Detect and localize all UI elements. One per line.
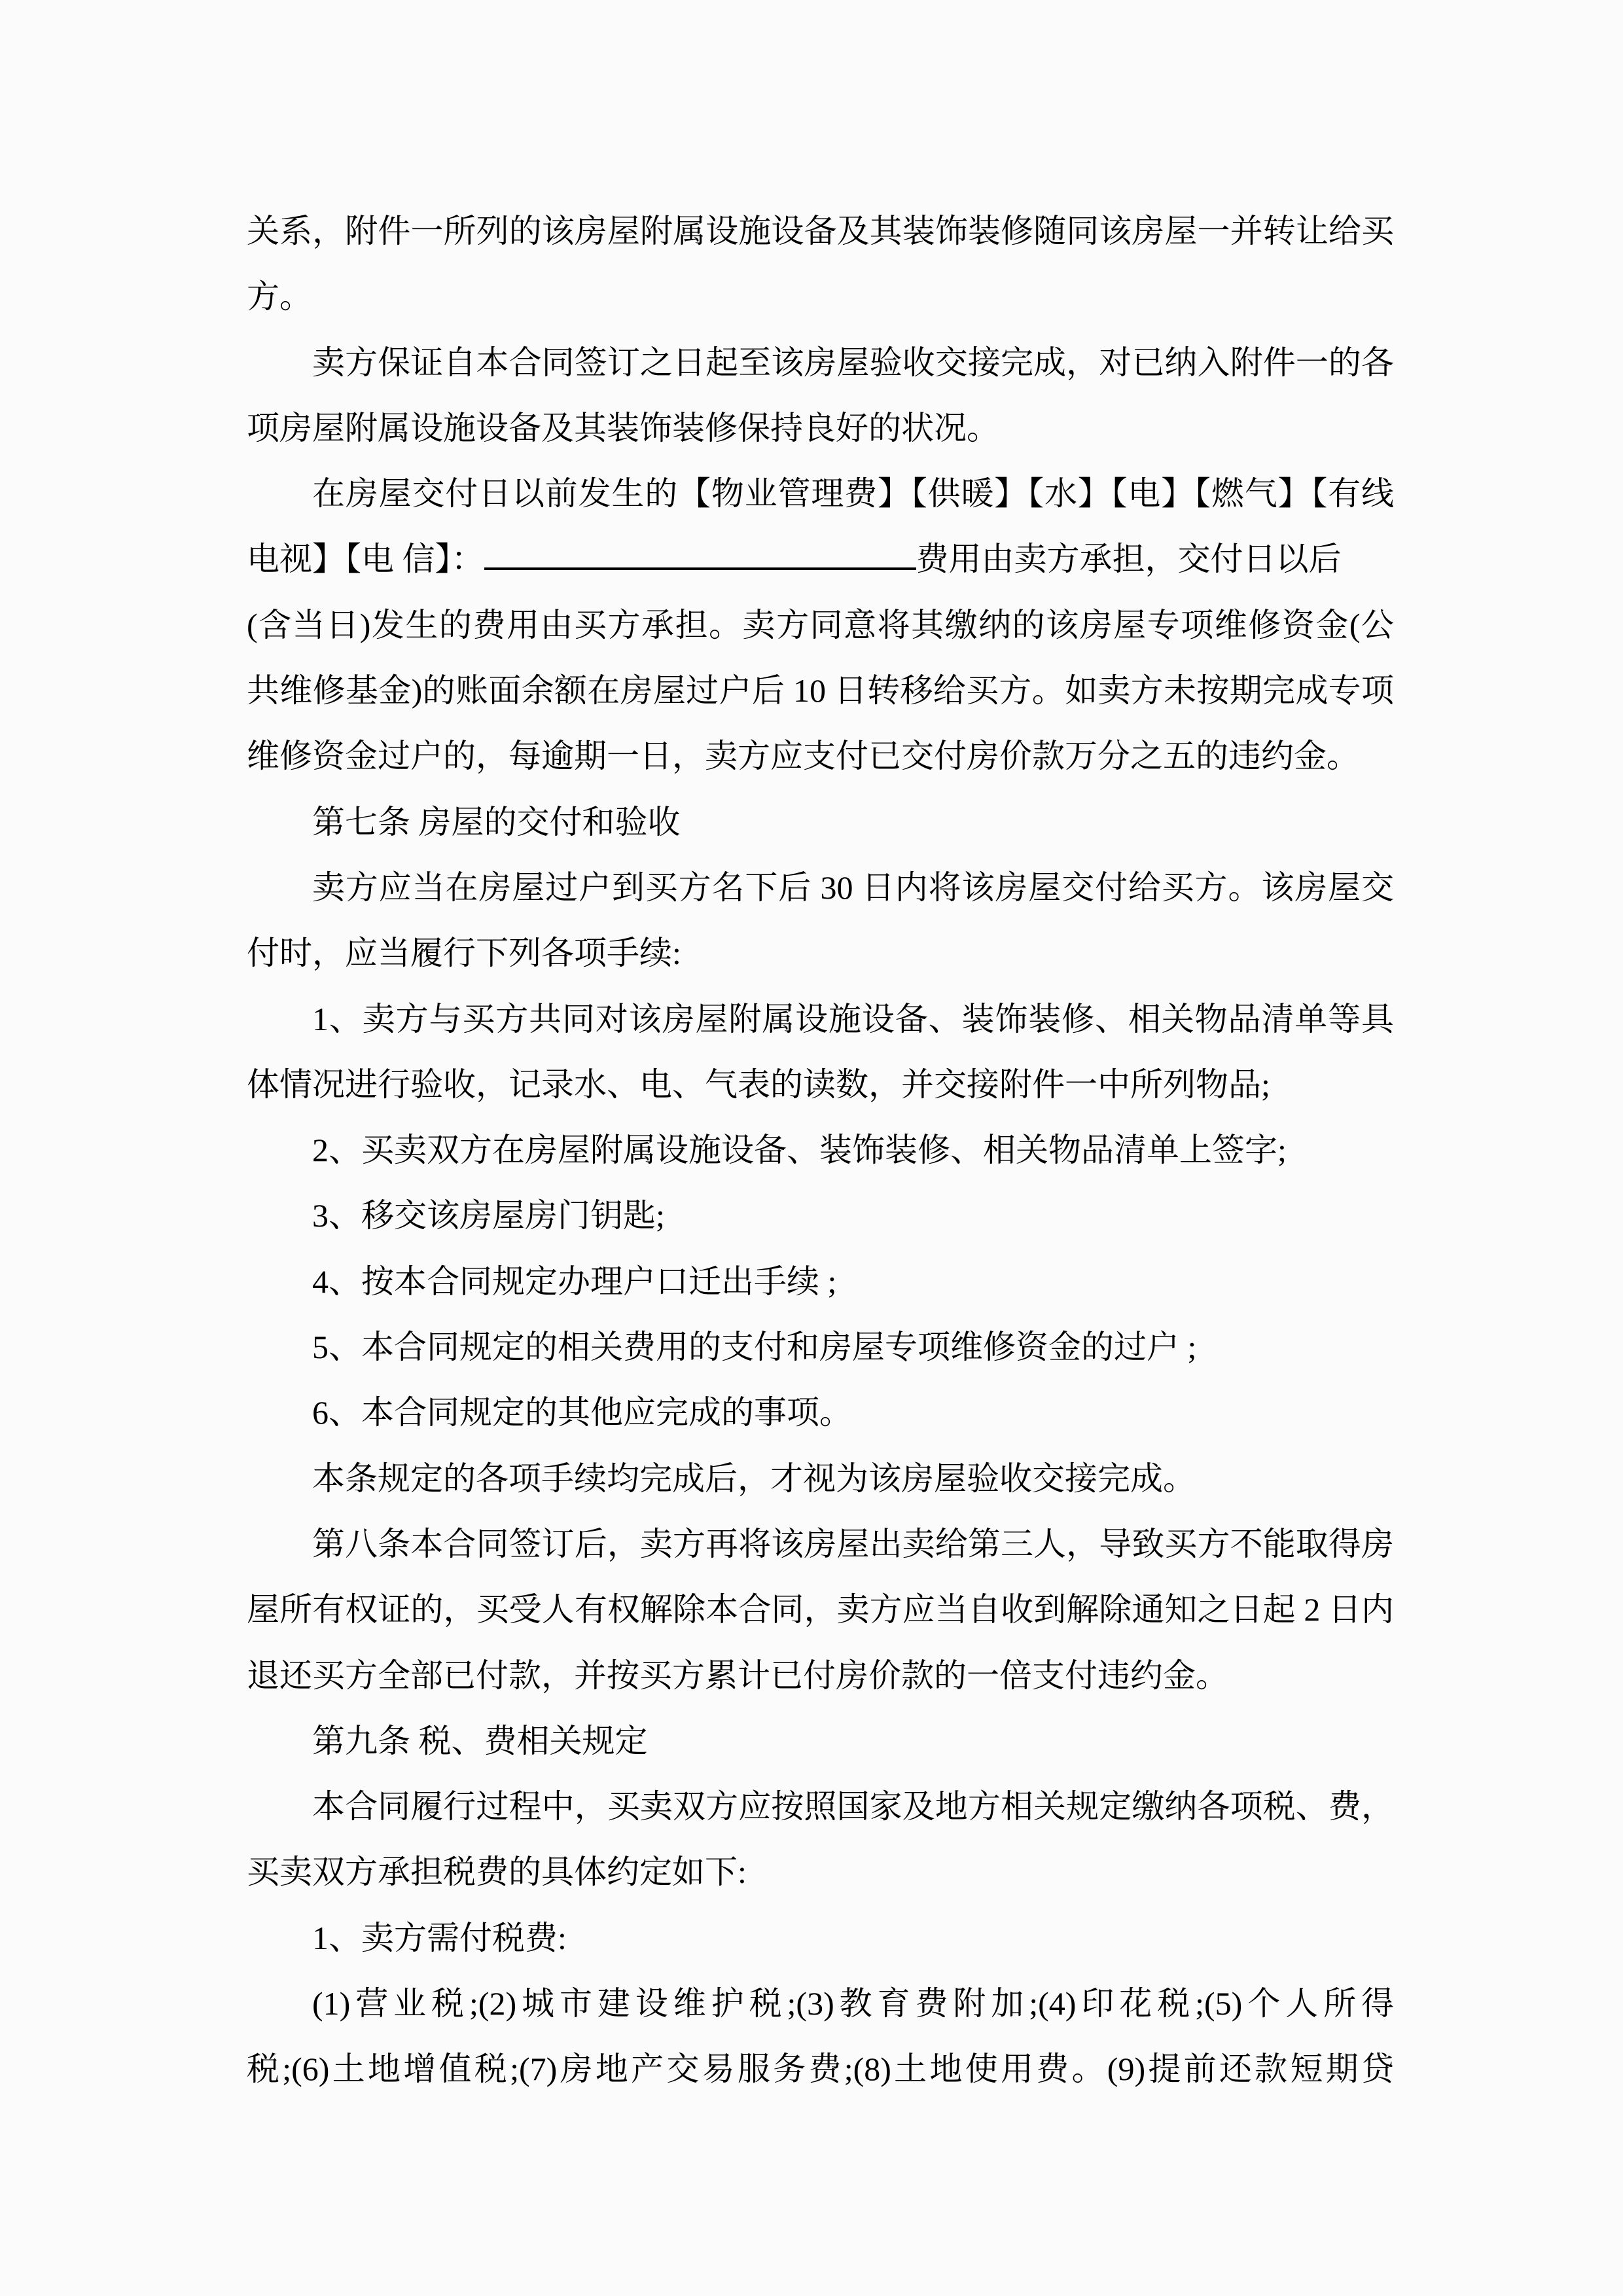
text-line: 在房屋交付日以前发生的【物业管理费】【供暖】【水】【电】【燃气】【有线 [247,461,1394,526]
text-line: 1、卖方需付税费: [247,1905,1394,1971]
text-line: (含当日)发生的费用由买方承担。卖方同意将其缴纳的该房屋专项维修资金(公 [247,592,1394,658]
text-line: 共维修基金)的账面余额在房屋过户后 10 日转移给买方。如卖方未按期完成专项 [247,658,1394,723]
text-line: 1、卖方与买方共同对该房屋附属设施设备、装饰装修、相关物品清单等具 [247,986,1394,1052]
text-run: 费用由卖方承担，交付日以后 [916,541,1342,577]
text-line: 4、按本合同规定办理户口迁出手续 ; [247,1249,1394,1314]
article-8-heading: 第八条本合同签订后，卖方再将该房屋出卖给第三人，导致买方不能取得房 [247,1511,1394,1577]
text-line: 关系，附件一所列的该房屋附属设施设备及其装饰装修随同该房屋一并转让给买 [247,198,1394,264]
contract-page: 关系，附件一所列的该房屋附属设施设备及其装饰装修随同该房屋一并转让给买方。卖方保… [0,0,1623,2296]
text-line: 本合同履行过程中，买卖双方应按照国家及地方相关规定缴纳各项税、费， [247,1774,1394,1839]
text-line: 屋所有权证的，买受人有权解除本合同，卖方应当自收到解除通知之日起 2 日内 [247,1577,1394,1642]
text-line: 6、本合同规定的其他应完成的事项。 [247,1380,1394,1445]
fee-blank-line: 电视】【电 信】：费用由卖方承担，交付日以后 [247,526,1394,592]
text-run: 电视】【电 信】： [247,541,484,577]
text-line: 退还买方全部已付款，并按买方累计已付房价款的一倍支付违约金。 [247,1643,1394,1708]
text-line: 买卖双方承担税费的具体约定如下: [247,1839,1394,1905]
text-line: 项房屋附属设施设备及其装饰装修保持良好的状况。 [247,395,1394,461]
text-line: 卖方应当在房屋过户到买方名下后 30 日内将该房屋交付给买方。该房屋交 [247,855,1394,920]
text-line: 3、移交该房屋房门钥匙; [247,1183,1394,1248]
text-line: 方。 [247,264,1394,329]
text-line: 税;(6)土地增值税;(7)房地产交易服务费;(8)土地使用费。(9)提前还款短… [247,2036,1394,2102]
text-line: 体情况进行验收，记录水、电、气表的读数，并交接附件一中所列物品; [247,1052,1394,1117]
text-line: 付时，应当履行下列各项手续: [247,920,1394,986]
document-text: 关系，附件一所列的该房屋附属设施设备及其装饰装修随同该房屋一并转让给买方。卖方保… [247,198,1394,2102]
article-9-heading: 第九条 税、费相关规定 [247,1708,1394,1774]
text-line: 卖方保证自本合同签订之日起至该房屋验收交接完成，对已纳入附件一的各 [247,330,1394,395]
article-7-heading: 第七条 房屋的交付和验收 [247,789,1394,855]
fill-in-blank [484,564,916,570]
text-line: (1)营业税;(2)城市建设维护税;(3)教育费附加;(4)印花税;(5)个人所… [247,1971,1394,2036]
text-line: 2、买卖双方在房屋附属设施设备、装饰装修、相关物品清单上签字; [247,1117,1394,1183]
text-line: 维修资金过户的，每逾期一日，卖方应支付已交付房价款万分之五的违约金。 [247,723,1394,789]
text-line: 5、本合同规定的相关费用的支付和房屋专项维修资金的过户 ; [247,1314,1394,1380]
text-line: 本条规定的各项手续均完成后，才视为该房屋验收交接完成。 [247,1446,1394,1511]
